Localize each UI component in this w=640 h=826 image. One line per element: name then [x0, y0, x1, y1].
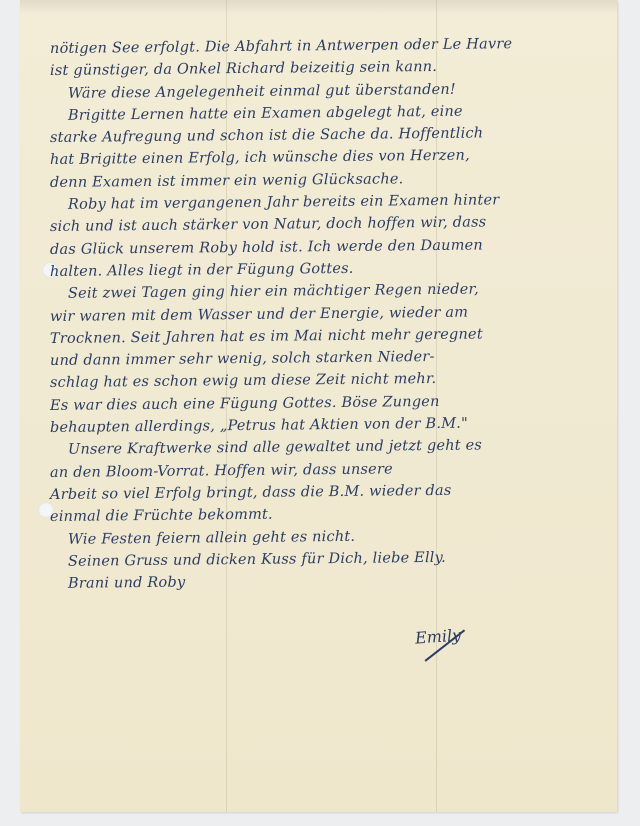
letter-line: Brani und Roby — [50, 567, 590, 595]
letter-body: nötigen See erfolgt. Die Abfahrt in Antw… — [50, 38, 590, 595]
letter-page: nötigen See erfolgt. Die Abfahrt in Antw… — [20, 0, 617, 812]
